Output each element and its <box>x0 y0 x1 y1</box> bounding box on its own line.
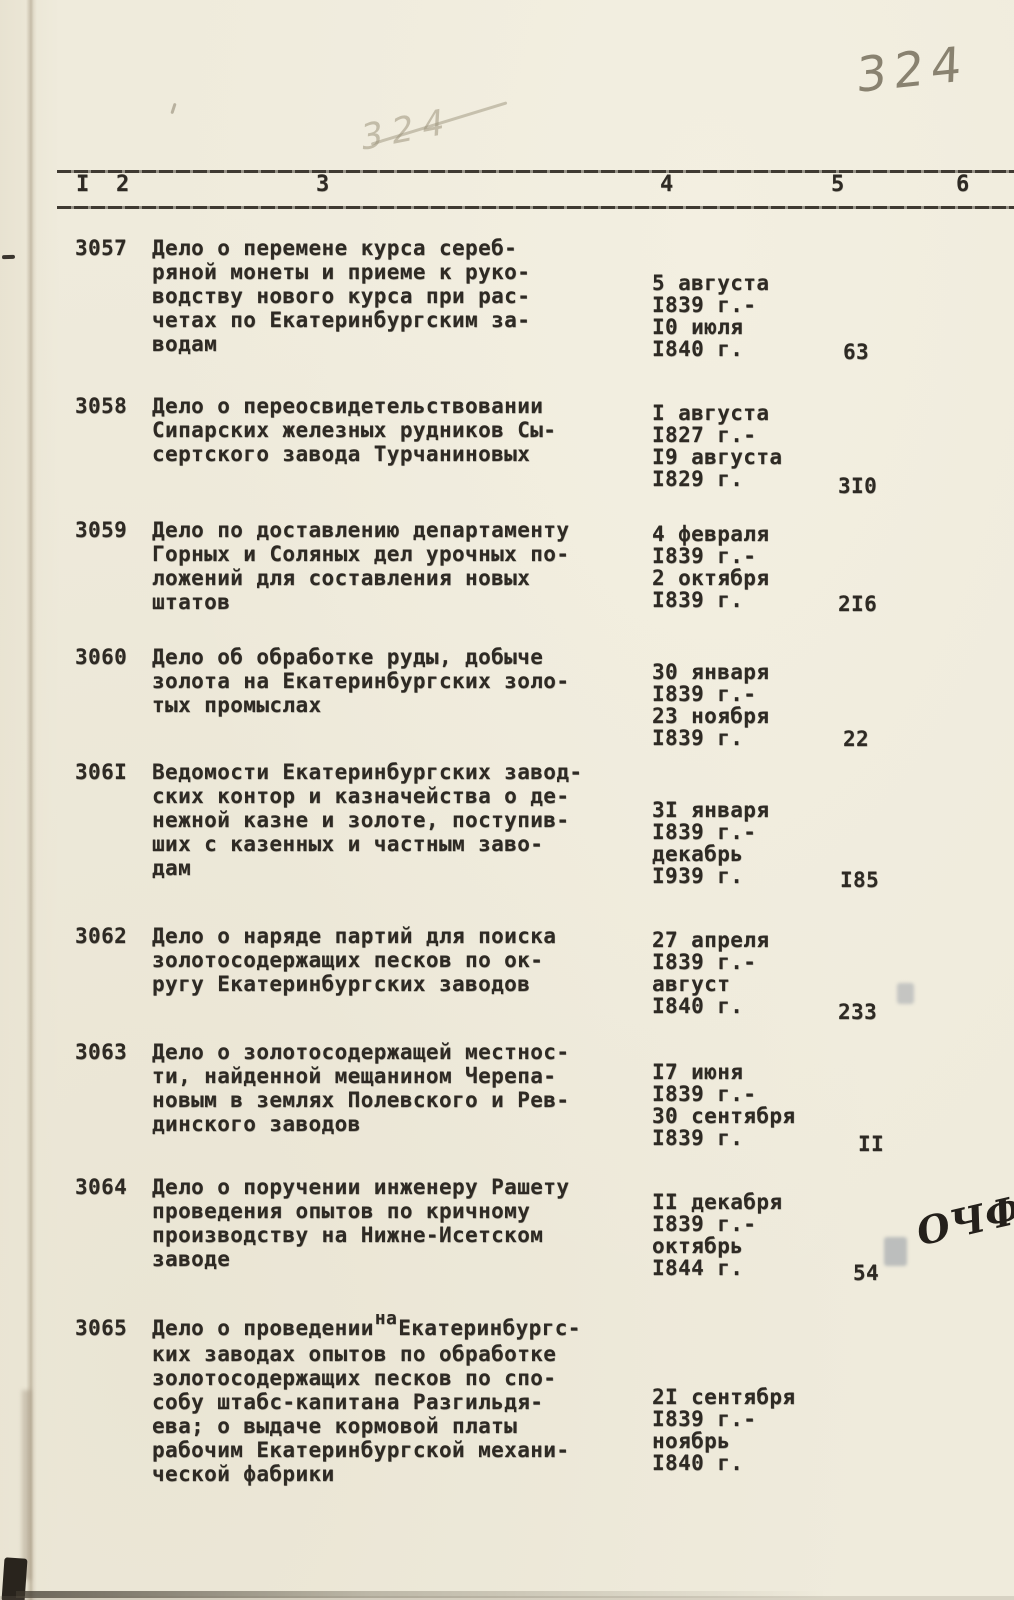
bottom-scan-edge-faint <box>0 1596 1014 1600</box>
case-description: Дело о золотосодержащей местнос-ти, найд… <box>152 1040 569 1136</box>
case-number: 3062 <box>75 924 127 948</box>
case-number: 3063 <box>75 1040 127 1064</box>
case-number: 3058 <box>75 394 127 418</box>
smudge-mark <box>884 1237 907 1266</box>
case-number: 3060 <box>75 645 127 669</box>
case-dates: I августаI827 г.-I9 августаI829 г. <box>652 402 782 490</box>
pencil-tick-mark <box>170 103 176 114</box>
case-dates: 3I январяI839 г.-декабрьI939 г. <box>652 799 769 887</box>
header-rule-bottom <box>57 206 1014 209</box>
case-dates: 5 августаI839 г.-I0 июляI840 г. <box>652 272 769 360</box>
case-description: Дело о проведениинаЕкатеринбургс-ких зав… <box>152 1316 581 1486</box>
case-number: 306I <box>75 760 127 784</box>
column-header-2: 2 <box>116 172 130 197</box>
page-fold-shadow <box>26 0 37 1600</box>
handwritten-page-number: 324 <box>855 36 969 104</box>
case-description: Дело о наряде партий для поисказолотосод… <box>152 924 556 996</box>
smudge-mark <box>897 983 914 1004</box>
sheet-count: 2I6 <box>838 592 877 616</box>
case-description: Дело об обработке руды, добычезолота на … <box>152 645 569 717</box>
case-dates: 2I сентябряI839 г.-ноябрьI840 г. <box>652 1386 795 1474</box>
scanned-inventory-page: 324 324 ОЧФ I 2 3 4 5 6 3057 Дело о пере… <box>0 0 1014 1600</box>
sheet-count: 22 <box>843 727 869 751</box>
case-description: Ведомости Екатеринбургских завод-ских ко… <box>152 760 582 880</box>
column-header-5: 5 <box>831 172 845 197</box>
case-dates: 27 апреляI839 г.-августI840 г. <box>652 929 769 1017</box>
case-description: Дело о поручении инженеру Рашетупроведен… <box>152 1175 569 1271</box>
ink-annotation: ОЧФ <box>912 1187 1014 1255</box>
header-rule-top <box>57 170 1014 173</box>
case-description: Дело о переосвидетельствованииСипарских … <box>152 394 556 466</box>
page-fold-shadow-lower <box>22 1390 31 1580</box>
case-dates: 4 февраляI839 г.-2 октябряI839 г. <box>652 523 769 611</box>
case-number: 3065 <box>75 1316 127 1340</box>
column-header-4: 4 <box>660 172 674 197</box>
column-header-3: 3 <box>316 172 330 197</box>
sheet-count: 3I0 <box>838 474 877 498</box>
case-dates: 30 январяI839 г.-23 ноябряI839 г. <box>652 661 769 749</box>
column-header-1: I <box>76 172 90 197</box>
sheet-count: 54 <box>853 1261 879 1285</box>
sheet-count: 233 <box>838 1000 877 1024</box>
case-dates: II декабряI839 г.-октябрьI844 г. <box>652 1191 782 1279</box>
crossed-out-page-number: 324 <box>360 100 454 159</box>
sheet-count: 63 <box>843 340 869 364</box>
sheet-count: I85 <box>840 868 879 892</box>
column-header-6: 6 <box>956 172 970 197</box>
case-number: 3059 <box>75 518 127 542</box>
case-number: 3064 <box>75 1175 127 1199</box>
inserted-word-above-line: на <box>375 1308 397 1329</box>
case-description: Дело о перемене курса сереб-ряной монеты… <box>152 236 530 356</box>
case-dates: I7 июняI839 г.-30 сентябряI839 г. <box>652 1061 795 1149</box>
case-description: Дело по доставлению департаментуГорных и… <box>152 518 569 614</box>
case-number: 3057 <box>75 236 127 260</box>
sheet-count: II <box>858 1132 884 1156</box>
margin-dash-mark <box>2 255 15 259</box>
